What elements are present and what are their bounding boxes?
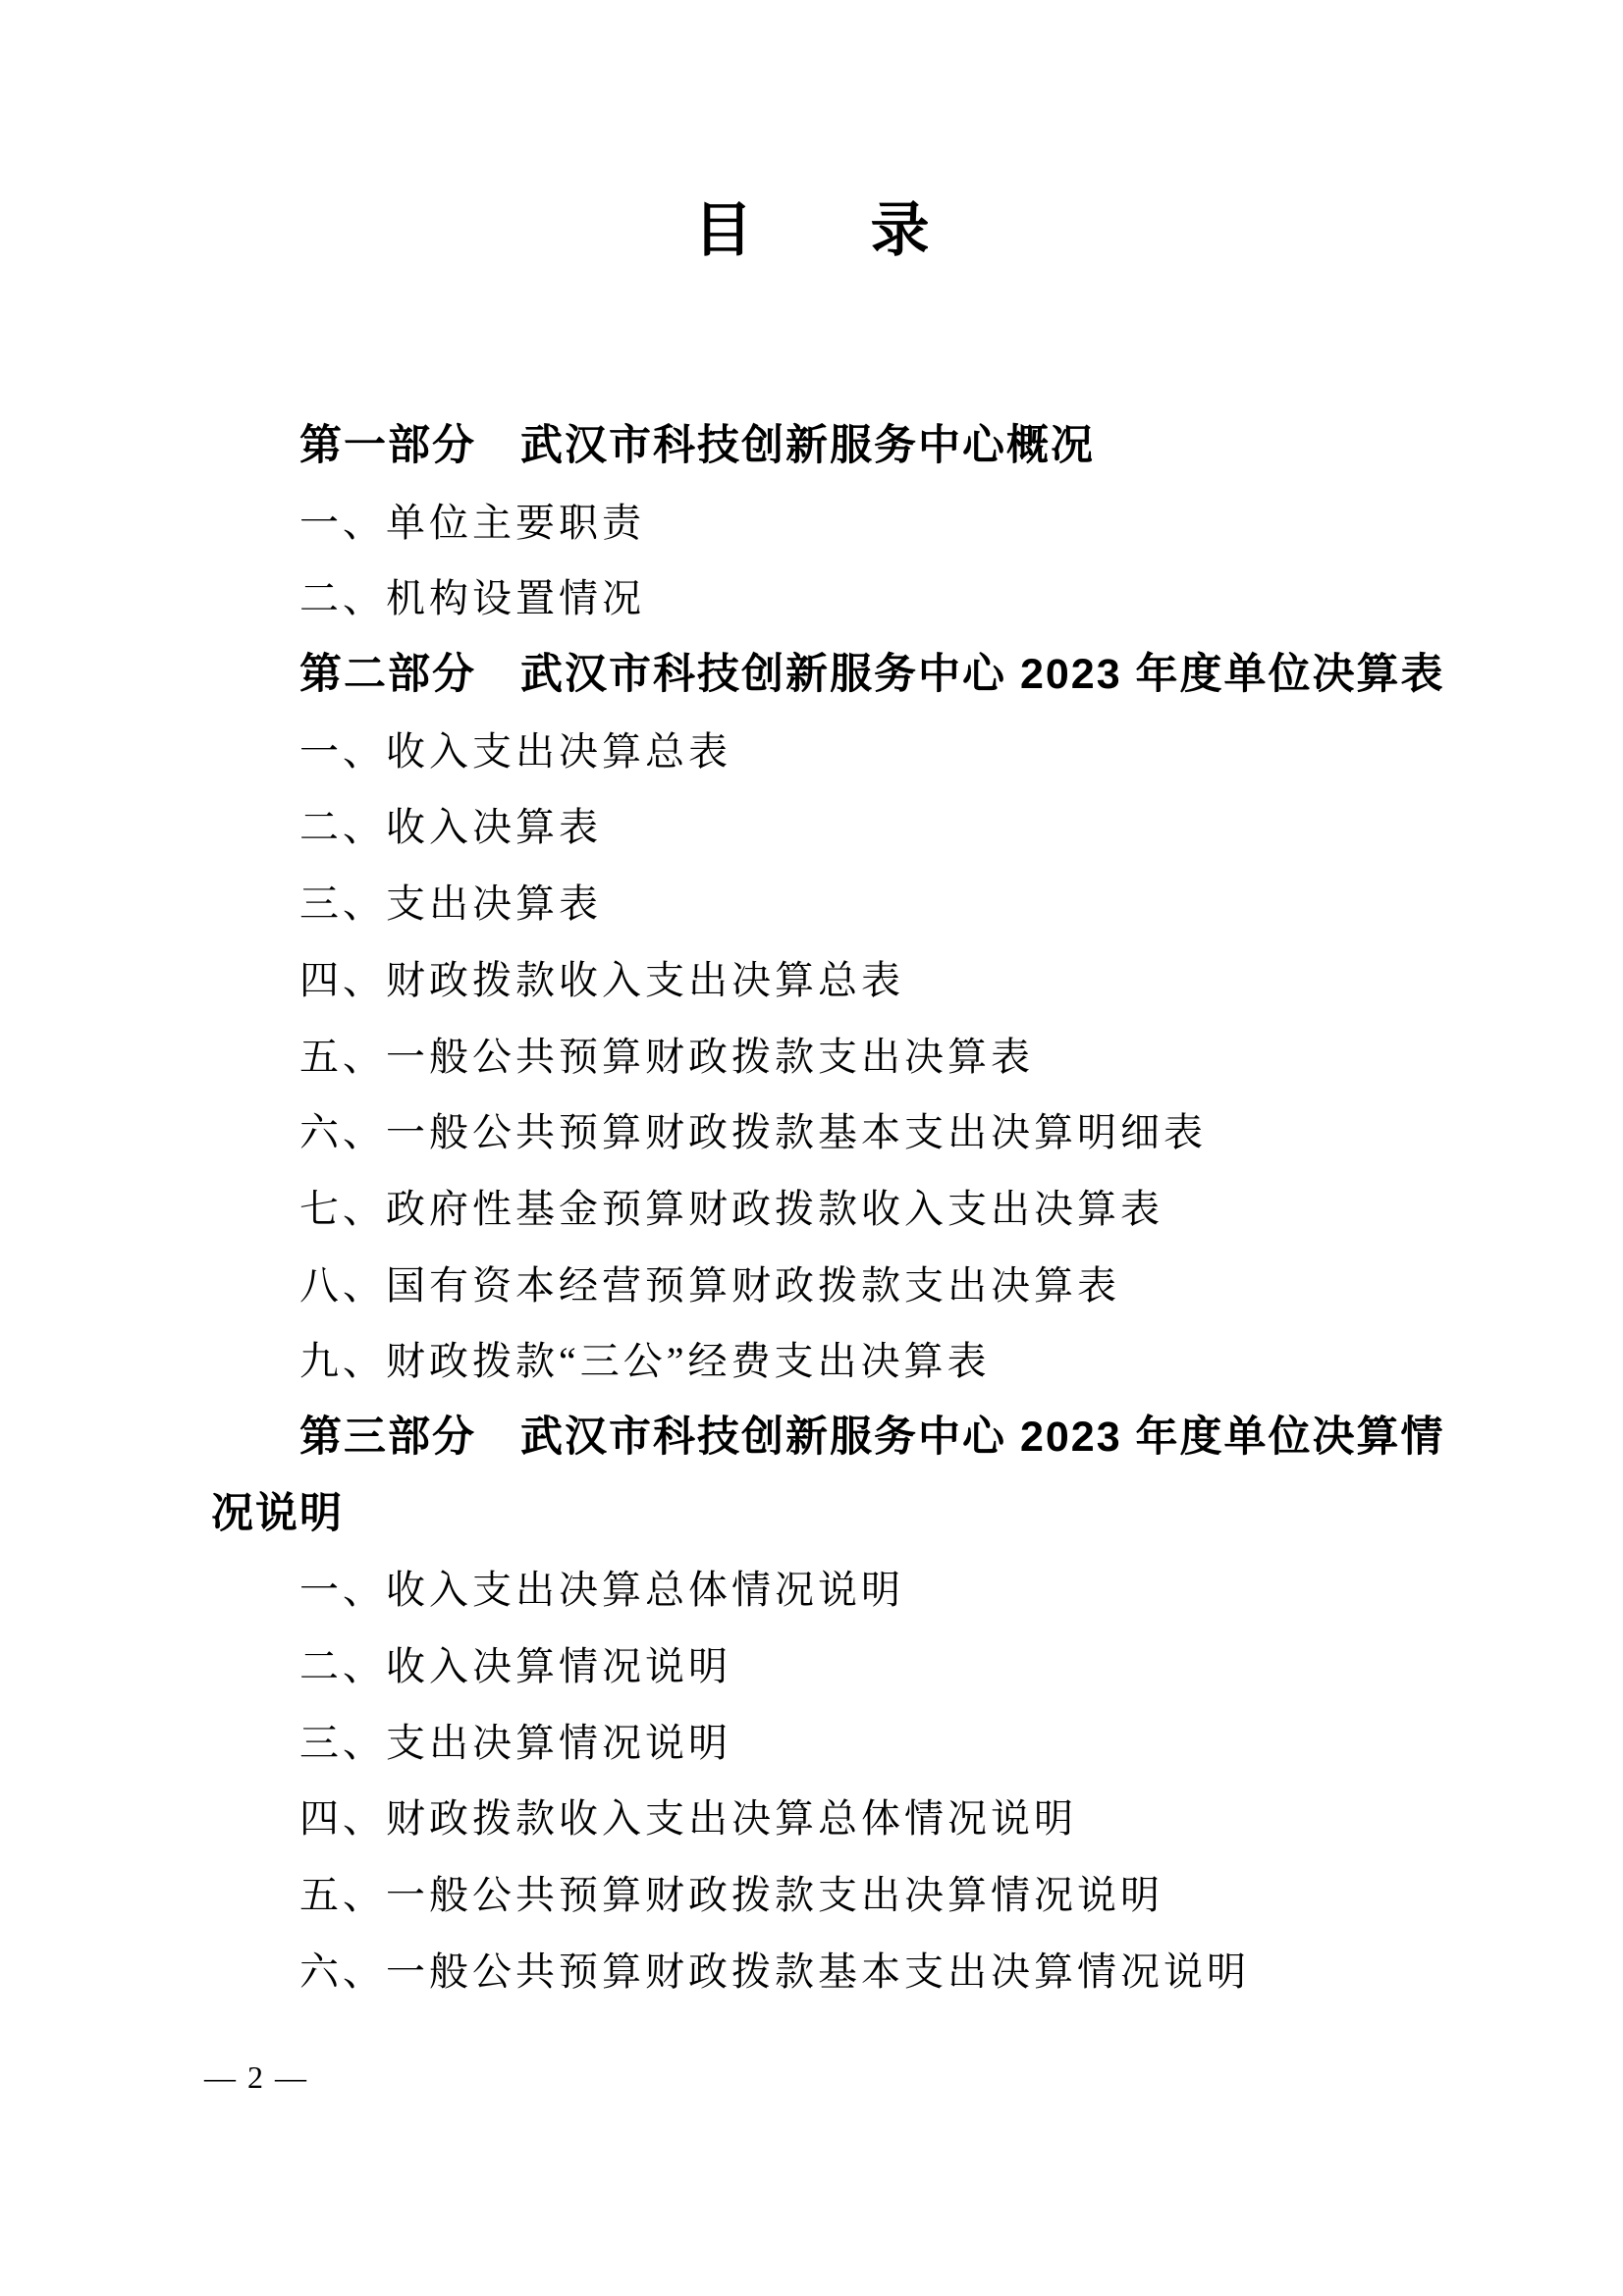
toc-heading: 第三部分 武汉市科技创新服务中心 2023 年度单位决算情 <box>211 1400 1438 1476</box>
toc-heading-continuation: 况说明 <box>211 1476 1438 1553</box>
toc-item: 一、单位主要职责 <box>211 485 1438 561</box>
toc-heading: 第一部分 武汉市科技创新服务中心概况 <box>211 408 1438 485</box>
toc-item: 二、收入决算情况说明 <box>211 1629 1438 1705</box>
toc-item: 二、收入决算表 <box>211 789 1438 866</box>
toc-item: 八、国有资本经营预算财政拨款支出决算表 <box>211 1248 1438 1324</box>
toc-item: 六、一般公共预算财政拨款基本支出决算明细表 <box>211 1095 1438 1171</box>
toc-item: 五、一般公共预算财政拨款支出决算情况说明 <box>211 1857 1438 1934</box>
toc-item: 九、财政拨款“三公”经费支出决算表 <box>211 1323 1438 1400</box>
toc-item: 三、支出决算情况说明 <box>211 1705 1438 1782</box>
toc-item: 一、收入支出决算总体情况说明 <box>211 1552 1438 1629</box>
toc-item: 六、一般公共预算财政拨款基本支出决算情况说明 <box>211 1934 1438 2010</box>
page-title: 目 录 <box>0 201 1623 260</box>
table-of-contents: 第一部分 武汉市科技创新服务中心概况一、单位主要职责二、机构设置情况第二部分 武… <box>211 408 1438 2009</box>
toc-item: 三、支出决算表 <box>211 866 1438 942</box>
toc-item: 七、政府性基金预算财政拨款收入支出决算表 <box>211 1171 1438 1248</box>
toc-item: 一、收入支出决算总表 <box>211 714 1438 790</box>
toc-item: 二、机构设置情况 <box>211 561 1438 637</box>
document-page: 目 录 第一部分 武汉市科技创新服务中心概况一、单位主要职责二、机构设置情况第二… <box>0 0 1623 2296</box>
toc-heading: 第二部分 武汉市科技创新服务中心 2023 年度单位决算表 <box>211 637 1438 714</box>
page-number: — 2 — <box>204 2059 308 2095</box>
toc-item: 四、财政拨款收入支出决算总体情况说明 <box>211 1781 1438 1857</box>
toc-item: 四、财政拨款收入支出决算总表 <box>211 942 1438 1019</box>
toc-item: 五、一般公共预算财政拨款支出决算表 <box>211 1019 1438 1095</box>
